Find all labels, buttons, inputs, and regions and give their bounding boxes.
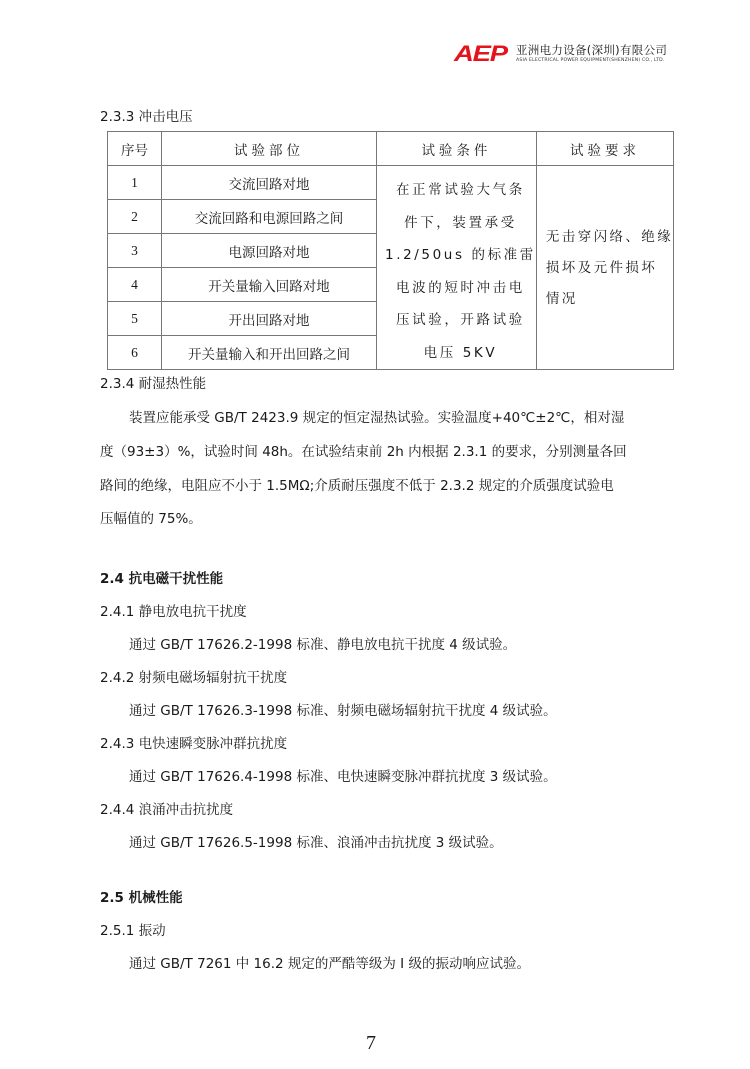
row-no: 4: [108, 268, 162, 302]
subsection-heading: 2.4.2 射频电磁场辐射抗干扰度: [100, 670, 287, 686]
subsection-heading: 2.4.1 静电放电抗干扰度: [100, 604, 247, 620]
requirement-line: 无击穿闪络、绝缘: [546, 222, 673, 253]
row-no: 5: [108, 302, 162, 336]
row-part: 交流回路和电源回路之间: [162, 200, 377, 234]
section-heading-2-4: 2.4 抗电磁干扰性能: [100, 571, 223, 587]
test-requirement-cell: 无击穿闪络、绝缘 损坏及元件损坏 情况: [536, 166, 673, 370]
header-condition: 试验条件: [377, 132, 537, 166]
row-part: 电源回路对地: [162, 234, 377, 268]
requirement-line: 损坏及元件损坏: [546, 253, 673, 284]
paragraph-line: 压幅值的 75%。: [100, 511, 202, 527]
row-no: 6: [108, 336, 162, 370]
requirement-line: 情况: [546, 284, 673, 315]
condition-line: 电压 5KV: [385, 337, 536, 370]
page-number: 7: [366, 1032, 376, 1055]
row-no: 1: [108, 166, 162, 200]
test-condition-cell: 在正常试验大气条 件下，装置承受 1.2/50us 的标准雷 电波的短时冲击电 …: [377, 166, 537, 370]
header-requirement: 试验要求: [536, 132, 673, 166]
subsection-text: 通过 GB/T 17626.4-1998 标准、电快速瞬变脉冲群抗扰度 3 级试…: [129, 769, 557, 785]
condition-line: 电波的短时冲击电: [385, 272, 536, 305]
subsection-heading: 2.4.3 电快速瞬变脉冲群抗扰度: [100, 736, 287, 752]
subsection-text: 通过 GB/T 17626.3-1998 标准、射频电磁场辐射抗干扰度 4 级试…: [129, 703, 557, 719]
section-heading-2-5: 2.5 机械性能: [100, 890, 183, 906]
company-name-cn: 亚洲电力设备(深圳)有限公司: [516, 44, 667, 57]
row-part: 交流回路对地: [162, 166, 377, 200]
subsection-heading: 2.4.4 浪涌冲击抗扰度: [100, 802, 233, 818]
condition-line: 1.2/50us 的标准雷: [385, 239, 536, 272]
subsection-text: 通过 GB/T 17626.5-1998 标准、浪涌冲击抗扰度 3 级试验。: [129, 835, 503, 851]
company-name-en: ASIA ELECTRICAL POWER EQUIPMENT(SHENZHEN…: [516, 57, 667, 64]
subsection-text: 通过 GB/T 17626.2-1998 标准、静电放电抗干扰度 4 级试验。: [129, 637, 516, 653]
aep-logo: AEP: [454, 44, 517, 64]
row-part: 开出回路对地: [162, 302, 377, 336]
table-row: 1 交流回路对地 在正常试验大气条 件下，装置承受 1.2/50us 的标准雷 …: [108, 166, 674, 200]
section-heading-2-3-3: 2.3.3 冲击电压: [100, 109, 193, 125]
row-no: 3: [108, 234, 162, 268]
subsection-text: 通过 GB/T 7261 中 16.2 规定的严酷等级为 I 级的振动响应试验。: [129, 956, 530, 972]
company-header: AEP 亚洲电力设备(深圳)有限公司 ASIA ELECTRICAL POWER…: [454, 44, 667, 64]
paragraph-line: 度（93±3）%，试验时间 48h。在试验结束前 2h 内根据 2.3.1 的要…: [100, 444, 627, 460]
paragraph-line: 装置应能承受 GB/T 2423.9 规定的恒定湿热试验。实验温度+40℃±2℃…: [129, 410, 624, 426]
table-header-row: 序号 试验部位 试验条件 试验要求: [108, 132, 674, 166]
condition-line: 压试验，开路试验: [385, 304, 536, 337]
condition-line: 件下，装置承受: [385, 207, 536, 240]
company-name: 亚洲电力设备(深圳)有限公司 ASIA ELECTRICAL POWER EQU…: [516, 44, 667, 64]
row-no: 2: [108, 200, 162, 234]
header-part: 试验部位: [162, 132, 377, 166]
paragraph-line: 路间的绝缘，电阻应不小于 1.5MΩ;介质耐压强度不低于 2.3.2 规定的介质…: [100, 478, 614, 494]
section-heading-2-3-4: 2.3.4 耐湿热性能: [100, 376, 206, 392]
impulse-voltage-table: 序号 试验部位 试验条件 试验要求 1 交流回路对地 在正常试验大气条 件下，装…: [107, 131, 674, 370]
subsection-heading: 2.5.1 振动: [100, 923, 166, 939]
row-part: 开关量输入和开出回路之间: [162, 336, 377, 370]
header-no: 序号: [108, 132, 162, 166]
row-part: 开关量输入回路对地: [162, 268, 377, 302]
condition-line: 在正常试验大气条: [385, 174, 536, 207]
